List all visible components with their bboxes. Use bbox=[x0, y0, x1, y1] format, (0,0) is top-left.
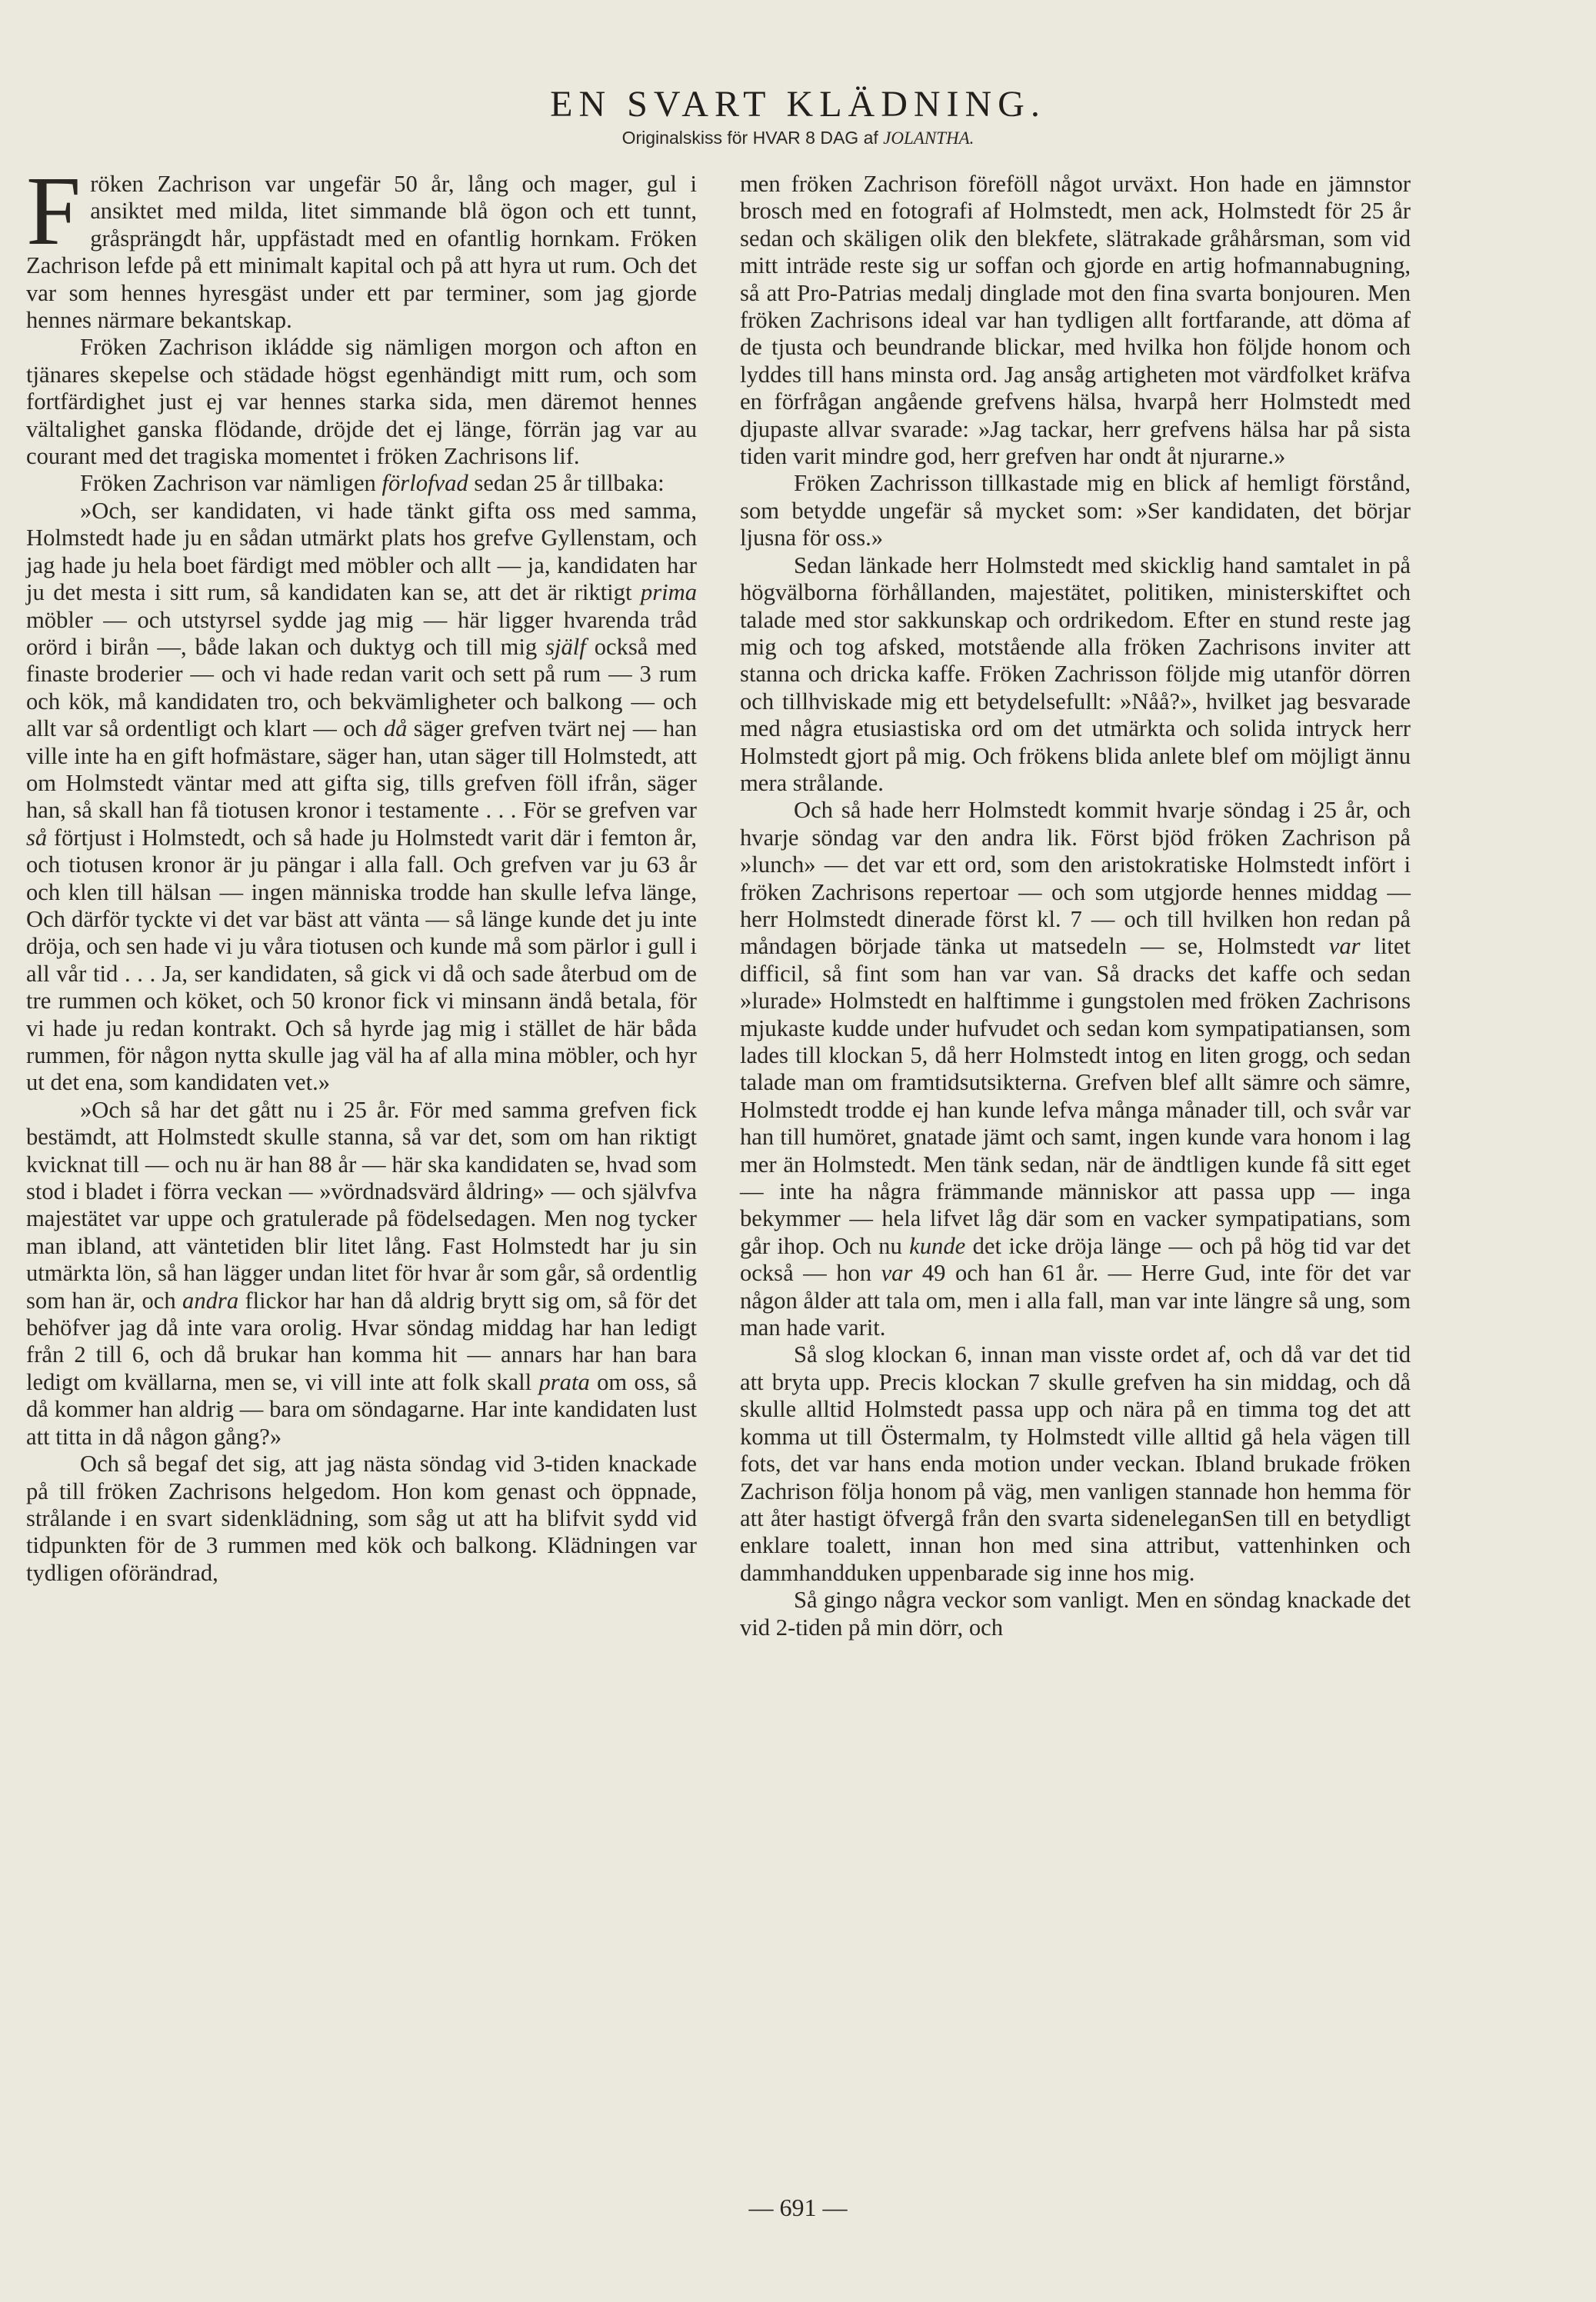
paragraph-6: Och så begaf det sig, att jag nästa sönd… bbox=[26, 1451, 697, 1587]
paragraph-5: »Och så har det gått nu i 25 år. För med… bbox=[26, 1097, 697, 1451]
page-number: — 691 — bbox=[0, 2194, 1596, 2222]
paragraph-11: Så slog klockan 6, innan man visste orde… bbox=[740, 1341, 1411, 1587]
drop-cap: F bbox=[26, 172, 81, 249]
paragraph-1: Fröken Zachrison var ungefär 50 år, lång… bbox=[26, 171, 697, 334]
paragraph-7: men fröken Zachrison föreföll något urvä… bbox=[740, 171, 1411, 470]
emphasis: andra bbox=[182, 1288, 238, 1314]
right-column: men fröken Zachrison föreföll något urvä… bbox=[740, 171, 1411, 1641]
left-column: Fröken Zachrison var ungefär 50 år, lång… bbox=[26, 171, 697, 1587]
emphasis: kunde bbox=[909, 1233, 965, 1259]
paragraph-3: Fröken Zachrison var nämligen förlofvad … bbox=[26, 470, 697, 497]
byline-prefix: Originalskiss för HVAR 8 DAG af bbox=[622, 128, 878, 148]
paragraph-10: Och så hade herr Holmstedt kommit hvarje… bbox=[740, 797, 1411, 1341]
paragraph-9: Sedan länkade herr Holmstedt med skickli… bbox=[740, 552, 1411, 798]
magazine-page: EN SVART KLÄDNING. Originalskiss för HVA… bbox=[0, 0, 1596, 2302]
emphasis: prata bbox=[538, 1369, 589, 1395]
emphasis: var bbox=[881, 1260, 913, 1286]
paragraph-8: Fröken Zachrisson tillkastade mig en bli… bbox=[740, 470, 1411, 551]
emphasis: själf bbox=[545, 634, 586, 660]
emphasis: så bbox=[26, 825, 47, 851]
emphasis: prima bbox=[641, 579, 697, 605]
article-byline: Originalskiss för HVAR 8 DAG af JOLANTHA… bbox=[0, 128, 1596, 148]
emphasis: då bbox=[384, 715, 408, 741]
emphasis: förlofvad bbox=[382, 470, 468, 496]
article-title: EN SVART KLÄDNING. bbox=[0, 83, 1596, 125]
paragraph-4: »Och, ser kandidaten, vi hade tänkt gift… bbox=[26, 498, 697, 1097]
author-name: JOLANTHA. bbox=[883, 128, 974, 148]
paragraph-2: Fröken Zachrison ikládde sig nämligen mo… bbox=[26, 334, 697, 470]
emphasis: var bbox=[1329, 933, 1361, 959]
paragraph-12: Så gingo några veckor som vanligt. Men e… bbox=[740, 1587, 1411, 1641]
